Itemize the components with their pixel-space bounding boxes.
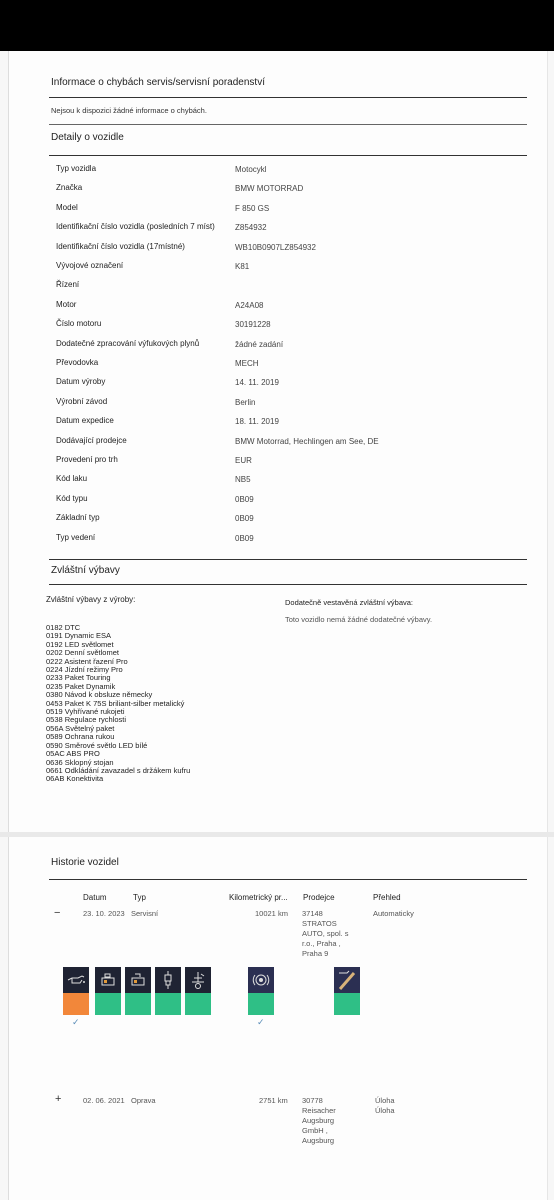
detail-label: Kód laku <box>56 474 87 483</box>
detail-value: 18. 11. 2019 <box>235 417 279 426</box>
divider <box>49 97 527 98</box>
entry-date: 02. 06. 2021 <box>83 1096 125 1106</box>
detail-value: Berlin <box>235 398 255 407</box>
column-header-type: Typ <box>133 893 146 902</box>
detail-label: Datum expedice <box>56 416 114 425</box>
detail-value: BMW Motorrad, Hechlingen am See, DE <box>235 437 379 446</box>
column-header-dealer: Prodejce <box>303 893 335 902</box>
entry-mileage: 2751 km <box>259 1096 288 1106</box>
expand-toggle[interactable]: + <box>55 1093 61 1105</box>
detail-label: Kód typu <box>56 494 88 503</box>
service-tile-chain-lube <box>334 967 360 1015</box>
detail-label: Motor <box>56 300 76 309</box>
entry-type: Oprava <box>131 1096 156 1106</box>
top-black-bar <box>0 0 554 51</box>
detail-value: BMW MOTORRAD <box>235 184 303 193</box>
detail-value: 14. 11. 2019 <box>235 378 279 387</box>
entry-type: Servisní <box>131 909 158 919</box>
vehicle-details-title: Detaily o vozidle <box>51 132 124 143</box>
report-page-2: Historie vozidel Datum Typ Kilometrický … <box>8 837 548 1200</box>
collapse-toggle[interactable]: − <box>54 907 60 919</box>
entry-dealer: 37148STRATOSAUTO, spol. sr.o., Praha ,Pr… <box>302 909 349 959</box>
detail-label: Dodatečné zpracování výfukových plynů <box>56 339 199 348</box>
service-tile-engine-oil <box>63 967 89 1015</box>
check-icon: ✓ <box>257 1017 265 1028</box>
detail-value: 0B09 <box>235 514 254 523</box>
column-header-date: Datum <box>83 893 107 902</box>
detail-label: Výrobní závod <box>56 397 107 406</box>
detail-label: Datum výroby <box>56 377 105 386</box>
spark-plug-icon <box>162 970 174 990</box>
retrofit-equipment-text: Toto vozidlo nemá žádné dodatečné výbavy… <box>285 615 432 624</box>
factory-equipment-list: 0182 DTC0191 Dynamic ESA0192 LED světlom… <box>46 624 190 784</box>
check-icon: ✓ <box>72 1017 80 1028</box>
detail-label: Provedení pro trh <box>56 455 118 464</box>
column-header-overview: Přehled <box>373 893 401 902</box>
divider <box>49 124 527 125</box>
error-info-title: Informace o chybách servis/servisní pora… <box>51 77 265 88</box>
detail-value: 0B09 <box>235 534 254 543</box>
special-equipment-title: Zvláštní výbavy <box>51 565 120 576</box>
factory-equipment-heading: Zvláštní výbavy z výroby: <box>46 595 135 604</box>
divider <box>49 879 527 880</box>
entry-mileage: 10021 km <box>255 909 288 919</box>
detail-label: Číslo motoru <box>56 319 101 328</box>
detail-value: WB10B0907LZ854932 <box>235 243 316 252</box>
detail-label: Identifikační číslo vozidla (17místné) <box>56 242 185 251</box>
engine-oil-icon <box>66 973 86 987</box>
service-tile-spark-plug <box>155 967 181 1015</box>
detail-label: Dodávající prodejce <box>56 436 127 445</box>
coolant-icon <box>188 970 208 990</box>
column-header-mileage: Kilometrický pr... <box>229 893 288 902</box>
air-filter-icon <box>98 972 118 988</box>
entry-overview: ÚlohaÚloha <box>375 1096 395 1116</box>
detail-label: Značka <box>56 183 82 192</box>
detail-label: Typ vedení <box>56 533 95 542</box>
service-tile-coolant <box>185 967 211 1015</box>
detail-label: Typ vozidla <box>56 164 96 173</box>
detail-label: Identifikační číslo vozidla (posledních … <box>56 222 215 231</box>
detail-value: 30191228 <box>235 320 271 329</box>
detail-label: Vývojové označení <box>56 261 123 270</box>
divider <box>49 155 527 156</box>
divider <box>49 584 527 585</box>
retrofit-equipment-heading: Dodatečně vestavěná zvláštní výbava: <box>285 598 413 607</box>
detail-value: A24A08 <box>235 301 263 310</box>
report-page-1: Informace o chybách servis/servisní pora… <box>8 51 548 832</box>
entry-date: 23. 10. 2023 <box>83 909 125 919</box>
detail-value: 0B09 <box>235 495 254 504</box>
entry-dealer: 30778ReisacherAugsburgGmbH ,Augsburg <box>302 1096 336 1146</box>
detail-label: Řízení <box>56 280 79 289</box>
detail-label: Základní typ <box>56 513 100 522</box>
error-info-message: Nejsou k dispozici žádné informace o chy… <box>51 106 207 115</box>
detail-label: Převodovka <box>56 358 98 367</box>
history-title: Historie vozidel <box>51 857 119 868</box>
detail-value: EUR <box>235 456 252 465</box>
chain-lube-icon <box>337 969 357 991</box>
detail-value: žádné zadání <box>235 340 283 349</box>
service-tile-fuel-filter <box>125 967 151 1015</box>
service-tile-air-filter <box>95 967 121 1015</box>
entry-overview: Automaticky <box>373 909 414 919</box>
equipment-item: 06AB Konektivita <box>46 775 190 783</box>
detail-value: Motocykl <box>235 165 267 174</box>
service-tile-brake-fluid <box>248 967 274 1015</box>
fuel-filter-icon <box>128 972 148 988</box>
detail-value: F 850 GS <box>235 204 269 213</box>
detail-value: NB5 <box>235 475 251 484</box>
detail-label: Model <box>56 203 78 212</box>
detail-value: K81 <box>235 262 249 271</box>
detail-value: Z854932 <box>235 223 267 232</box>
detail-value: MECH <box>235 359 259 368</box>
brake-fluid-icon <box>252 971 270 989</box>
divider <box>49 559 527 560</box>
